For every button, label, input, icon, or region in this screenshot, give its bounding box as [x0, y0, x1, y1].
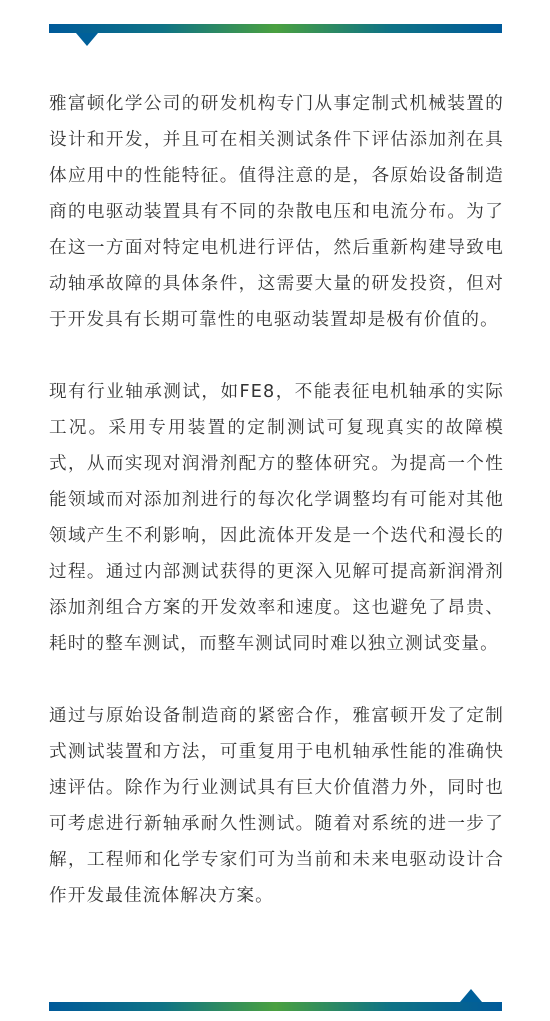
- down-triangle-icon: [76, 33, 98, 46]
- top-divider-bar: [49, 24, 502, 33]
- up-triangle-icon: [460, 989, 482, 1002]
- paragraph-2: 现有行业轴承测试，如FE8，不能表征电机轴承的实际工况。采用专用装置的定制测试可…: [49, 374, 504, 662]
- article-body: 雅富顿化学公司的研发机构专门从事定制式机械装置的设计和开发，并且可在相关测试条件…: [49, 86, 504, 914]
- bottom-divider-bar: [49, 1002, 502, 1011]
- paragraph-3: 通过与原始设备制造商的紧密合作，雅富顿开发了定制式测试装置和方法，可重复用于电机…: [49, 698, 504, 914]
- paragraph-1: 雅富顿化学公司的研发机构专门从事定制式机械装置的设计和开发，并且可在相关测试条件…: [49, 86, 504, 338]
